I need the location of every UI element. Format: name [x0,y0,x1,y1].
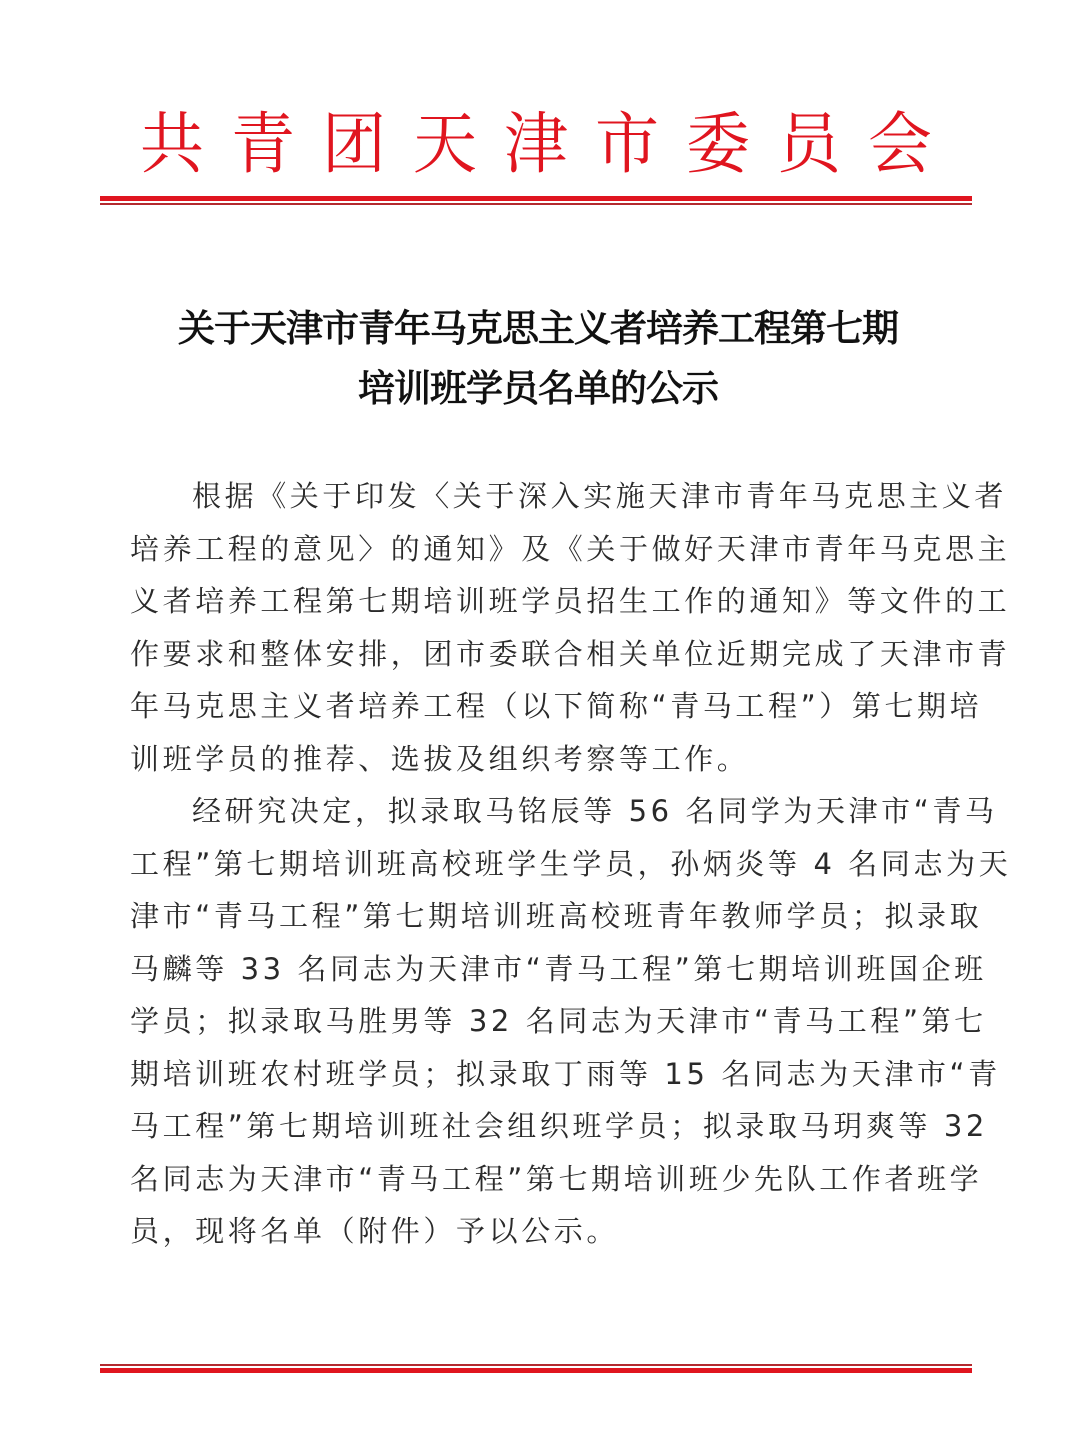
body-line: 训班学员的推荐、选拔及组织考察等工作。 [130,733,950,786]
body-line: 员，现将名单（附件）予以公示。 [130,1205,950,1258]
body-line: 工程”第七期培训班高校班学生学员，孙炳炎等 4 名同志为天 [130,838,950,891]
title-line: 培训班学员名单的公示 [100,358,976,418]
masthead-char: 员 [777,111,841,178]
body-line: 马麟等 33 名同志为天津市“青马工程”第七期培训班国企班 [130,943,950,996]
masthead-char: 会 [868,111,932,178]
document-body: 根据《关于印发〈关于深入实施天津市青年马克思主义者 培养工程的意见〉的通知》及《… [130,470,950,1258]
body-line: 作要求和整体安排，团市委联合相关单位近期完成了天津市青 [130,628,950,681]
body-line: 马工程”第七期培训班社会组织班学员；拟录取马玥爽等 32 [130,1100,950,1153]
divider-thick-line [100,196,972,201]
divider-thin-line [100,203,972,205]
title-line: 关于天津市青年马克思主义者培养工程第七期 [100,298,976,358]
body-line: 根据《关于印发〈关于深入实施天津市青年马克思主义者 [130,470,950,523]
masthead-char: 共 [140,111,204,178]
masthead-char: 团 [322,111,386,178]
body-line: 义者培养工程第七期培训班学员招生工作的通知》等文件的工 [130,575,950,628]
document-title: 关于天津市青年马克思主义者培养工程第七期 培训班学员名单的公示 [100,298,976,418]
divider-thin-line [100,1364,972,1366]
body-line: 期培训班农村班学员；拟录取丁雨等 15 名同志为天津市“青 [130,1048,950,1101]
masthead-char: 市 [595,111,659,178]
body-line: 经研究决定，拟录取马铭辰等 56 名同学为天津市“青马 [130,785,950,838]
paragraph: 经研究决定，拟录取马铭辰等 56 名同学为天津市“青马 工程”第七期培训班高校班… [130,785,950,1258]
masthead-char: 津 [504,111,568,178]
body-line: 培养工程的意见〉的通知》及《关于做好天津市青年马克思主 [130,523,950,576]
body-line: 名同志为天津市“青马工程”第七期培训班少先队工作者班学 [130,1153,950,1206]
masthead-char: 天 [413,111,477,178]
body-line: 年马克思主义者培养工程（以下简称“青马工程”）第七期培 [130,680,950,733]
divider-thick-line [100,1368,972,1373]
body-line: 学员；拟录取马胜男等 32 名同志为天津市“青马工程”第七 [130,995,950,1048]
masthead-char: 委 [686,111,750,178]
body-line: 津市“青马工程”第七期培训班高校班青年教师学员；拟录取 [130,890,950,943]
masthead-organization-name: 共 青 团 天 津 市 委 员 会 [100,100,972,190]
masthead-char: 青 [231,111,295,178]
paragraph: 根据《关于印发〈关于深入实施天津市青年马克思主义者 培养工程的意见〉的通知》及《… [130,470,950,785]
